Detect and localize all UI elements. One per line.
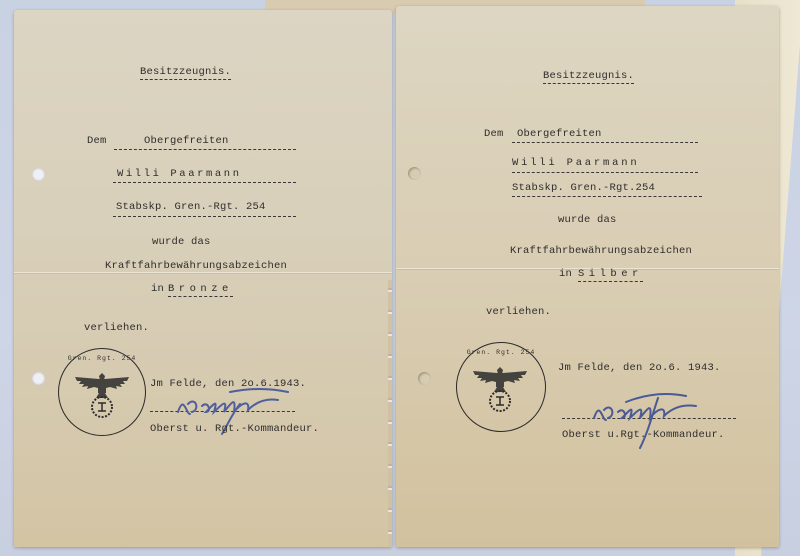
wurde-das-text: wurde das <box>152 236 211 248</box>
dem-label: Dem <box>87 135 107 147</box>
stamp-text: Gren. Rgt. 254 <box>59 355 145 362</box>
document-title: Besitzzeugnis. <box>140 66 231 80</box>
name-rule <box>512 172 698 173</box>
document-title: Besitzzeugnis. <box>543 70 634 84</box>
stamp-text: Gren. Rgt. 254 <box>457 349 545 356</box>
rank-value: Obergefreiten <box>517 128 602 140</box>
regiment-stamp: Gren. Rgt. 254 <box>58 348 146 436</box>
punch-hole-bottom <box>32 372 45 385</box>
award-name: Kraftfahrbewährungsabzeichen <box>510 245 692 257</box>
grade-value: Bronze <box>168 283 233 297</box>
signature-image <box>170 384 320 444</box>
torn-edge <box>388 280 392 547</box>
unit-value: Stabskp. Gren.-Rgt. 254 <box>116 201 266 213</box>
verliehen-text: verliehen. <box>84 322 149 334</box>
recipient-name: Willi Paarmann <box>512 157 639 169</box>
unit-rule <box>113 216 296 217</box>
punch-hole-top <box>32 168 45 181</box>
wurde-das-text: wurde das <box>558 214 617 226</box>
unit-rule <box>512 196 702 197</box>
grade-prefix: in <box>559 268 572 280</box>
eagle-emblem-icon <box>470 359 530 415</box>
name-rule <box>113 182 296 183</box>
recipient-name: Willi Paarmann <box>117 168 242 180</box>
signature-image <box>586 388 736 458</box>
certificate-bronze: Besitzzeugnis. Dem Obergefreiten Willi P… <box>14 10 392 547</box>
punch-hole-bottom <box>418 372 431 385</box>
punch-hole-top <box>408 167 421 180</box>
grade-prefix: in <box>151 283 164 295</box>
signatory-title: Oberst u. Rgt.-Kommandeur. <box>150 423 319 435</box>
grade-value: Silber <box>578 268 643 282</box>
place-date: Jm Felde, den 2o.6. 1943. <box>558 362 721 374</box>
rank-value: Obergefreiten <box>144 135 229 147</box>
dem-label: Dem <box>484 128 504 140</box>
eagle-emblem-icon <box>72 365 132 421</box>
unit-value: Stabskp. Gren.-Rgt.254 <box>512 182 655 194</box>
verliehen-text: verliehen. <box>486 306 551 318</box>
rank-rule <box>114 149 296 150</box>
regiment-stamp: Gren. Rgt. 254 <box>456 342 546 432</box>
certificate-silver: Besitzzeugnis. Dem Obergefreiten Willi P… <box>396 6 779 547</box>
rank-rule <box>512 142 698 143</box>
award-name: Kraftfahrbewährungsabzeichen <box>105 260 287 272</box>
signatory-title: Oberst u.Rgt.-Kommandeur. <box>562 429 725 441</box>
fold-line <box>14 272 392 273</box>
